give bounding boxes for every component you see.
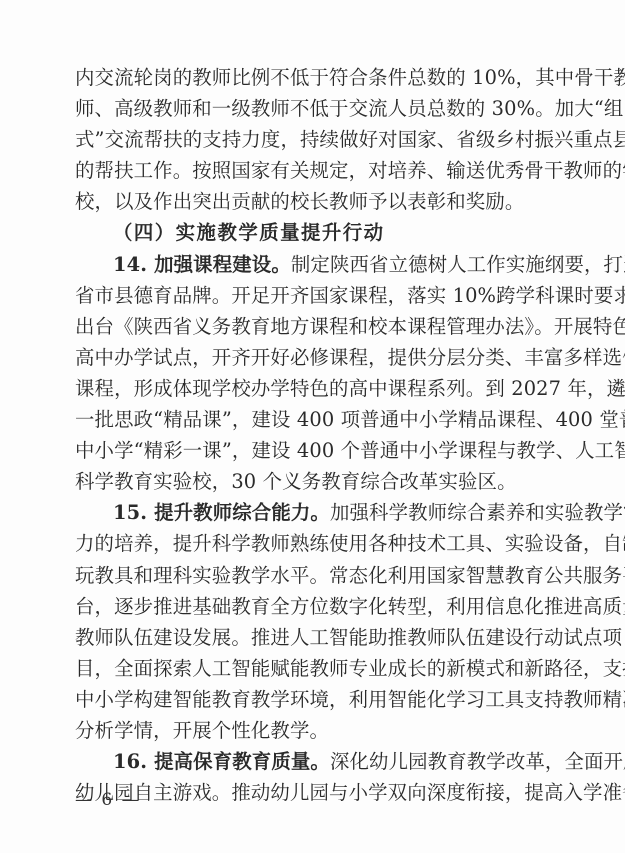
line-text: 科学教育实验校，30 个义务教育综合改革实验区。 [75, 466, 517, 497]
text-line: 幼儿园自主游戏。推动幼儿园与小学双向深度衔接，提高入学准备 [75, 777, 559, 808]
line-text: 师、高级教师和一级教师不低于交流人员总数的 30%。加大“组团 [75, 93, 625, 124]
line-text: 中小学构建智能教育教学环境，利用智能化学习工具支持教师精准 [75, 684, 625, 715]
section-heading: （四）实施教学质量提升行动 [75, 217, 559, 248]
line-text: 深化幼儿园教育教学改革，全面开展 [330, 750, 625, 773]
line-text: 高中办学试点，开齐开好必修课程，提供分层分类、丰富多样选修 [75, 342, 625, 373]
line-text: 力的培养，提升科学教师熟练使用各种技术工具、实验设备，自制 [75, 528, 625, 559]
line-text: 教师队伍建设发展。推进人工智能助推教师队伍建设行动试点项 [75, 622, 622, 653]
text-line: 式”交流帮扶的支持力度，持续做好对国家、省级乡村振兴重点县 [75, 124, 559, 155]
paragraph-start-line: 16. 提高保育教育质量。深化幼儿园教育教学改革，全面开展 [75, 746, 559, 777]
line-text: 玩教具和理科实验教学水平。常态化利用国家智慧教育公共服务平 [75, 560, 625, 591]
text-line: 教师队伍建设发展。推进人工智能助推教师队伍建设行动试点项 [75, 622, 559, 653]
line-text: 制定陕西省立德树人工作实施纲要，打造 [291, 253, 625, 276]
line-text: 出台《陕西省义务教育地方课程和校本课程管理办法》。开展特色 [75, 311, 625, 342]
paragraph-start-line: 15. 提升教师综合能力。加强科学教师综合素养和实验教学能 [75, 497, 559, 528]
text-line: 科学教育实验校，30 个义务教育综合改革实验区。 [75, 466, 559, 497]
line-text: 校，以及作出突出贡献的校长教师予以表彰和奖励。 [75, 186, 524, 217]
text-line: 的帮扶工作。按照国家有关规定，对培养、输送优秀骨干教师的学 [75, 155, 559, 186]
item-title-16: 16. 提高保育教育质量。 [113, 750, 330, 773]
text-line: 台，逐步推进基础教育全方位数字化转型，利用信息化推进高质量 [75, 591, 559, 622]
text-line: 中小学构建智能教育教学环境，利用智能化学习工具支持教师精准 [75, 684, 559, 715]
text-line: 力的培养，提升科学教师熟练使用各种技术工具、实验设备，自制 [75, 528, 559, 559]
line-text: 加强科学教师综合素养和实验教学能 [330, 501, 625, 524]
text-line: 师、高级教师和一级教师不低于交流人员总数的 30%。加大“组团 [75, 93, 559, 124]
document-page: 内交流轮岗的教师比例不低于符合条件总数的 10%，其中骨干教 师、高级教师和一级… [0, 0, 625, 853]
text-line: 一批思政“精品课”，建设 400 项普通中小学精品课程、400 堂普通 [75, 404, 559, 435]
line-text: 一批思政“精品课”，建设 400 项普通中小学精品课程、400 堂普通 [75, 404, 625, 435]
text-line: 目，全面探索人工智能赋能教师专业成长的新模式和新路径，支持 [75, 653, 559, 684]
line-text: 式”交流帮扶的支持力度，持续做好对国家、省级乡村振兴重点县 [75, 124, 625, 155]
text-line: 内交流轮岗的教师比例不低于符合条件总数的 10%，其中骨干教 [75, 62, 559, 93]
line-text: 中小学“精彩一课”，建设 400 个普通中小学课程与教学、人工智能、 [75, 435, 625, 466]
text-line: 中小学“精彩一课”，建设 400 个普通中小学课程与教学、人工智能、 [75, 435, 559, 466]
line-text: 的帮扶工作。按照国家有关规定，对培养、输送优秀骨干教师的学 [75, 155, 625, 186]
item-title-15: 15. 提升教师综合能力。 [113, 501, 330, 524]
document-body: 内交流轮岗的教师比例不低于符合条件总数的 10%，其中骨干教 师、高级教师和一级… [75, 62, 559, 808]
page-number: — 6 — [75, 789, 141, 811]
text-line: 课程，形成体现学校办学特色的高中课程系列。到 2027 年，遴选 [75, 373, 559, 404]
line-text: 省市县德育品牌。开足开齐国家课程，落实 10%跨学科课时要求。 [75, 280, 625, 311]
line-text: 内交流轮岗的教师比例不低于符合条件总数的 10%，其中骨干教 [75, 62, 625, 93]
text-line: 分析学情，开展个性化教学。 [75, 715, 559, 746]
line-text: 课程，形成体现学校办学特色的高中课程系列。到 2027 年，遴选 [75, 373, 625, 404]
text-line: 省市县德育品牌。开足开齐国家课程，落实 10%跨学科课时要求。 [75, 280, 559, 311]
paragraph-start-line: 14. 加强课程建设。制定陕西省立德树人工作实施纲要，打造 [75, 249, 559, 280]
line-text: 目，全面探索人工智能赋能教师专业成长的新模式和新路径，支持 [75, 653, 625, 684]
text-line: 出台《陕西省义务教育地方课程和校本课程管理办法》。开展特色 [75, 311, 559, 342]
line-text: 台，逐步推进基础教育全方位数字化转型，利用信息化推进高质量 [75, 591, 625, 622]
heading-text: （四）实施教学质量提升行动 [113, 217, 385, 248]
text-line: 校，以及作出突出贡献的校长教师予以表彰和奖励。 [75, 186, 559, 217]
line-text: 幼儿园自主游戏。推动幼儿园与小学双向深度衔接，提高入学准备 [75, 777, 625, 808]
line-text: 分析学情，开展个性化教学。 [75, 715, 329, 746]
text-line: 玩教具和理科实验教学水平。常态化利用国家智慧教育公共服务平 [75, 560, 559, 591]
text-line: 高中办学试点，开齐开好必修课程，提供分层分类、丰富多样选修 [75, 342, 559, 373]
item-title-14: 14. 加强课程建设。 [113, 253, 291, 276]
